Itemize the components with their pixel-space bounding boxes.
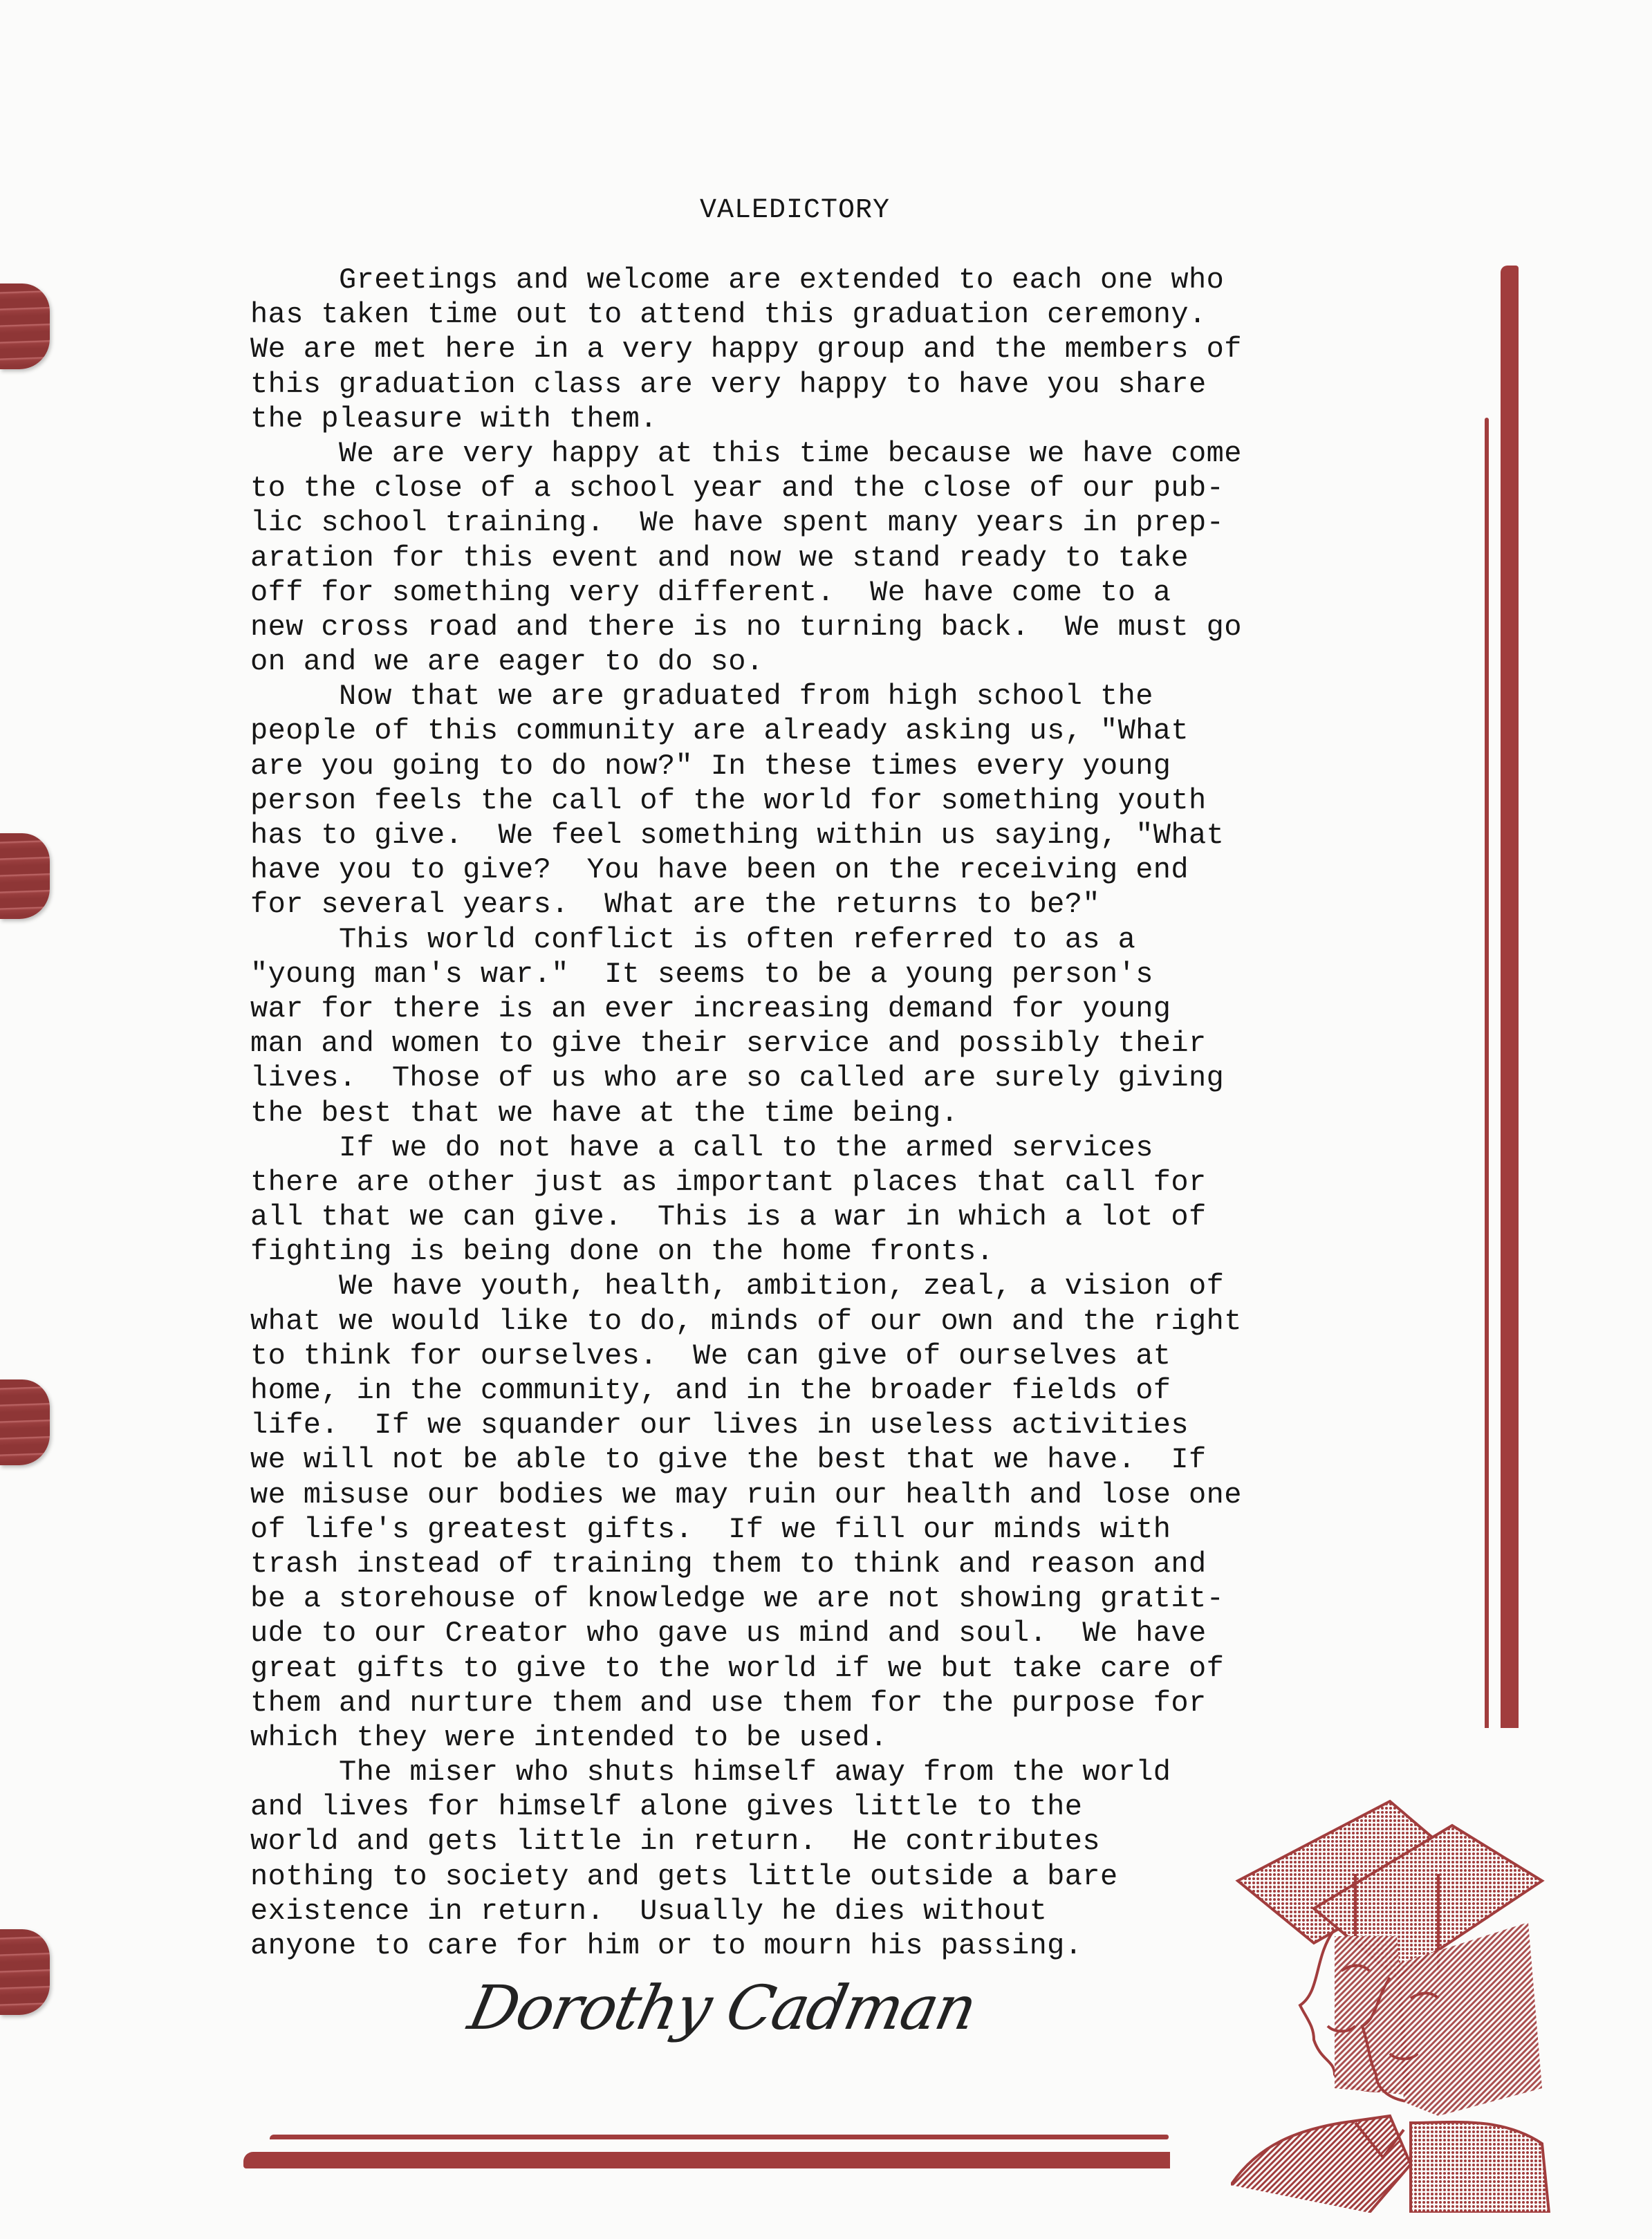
binder-ring-icon — [0, 1929, 50, 2015]
binder-ring-icon — [0, 284, 50, 369]
text-line: what we would like to do, minds of our o… — [250, 1304, 1440, 1339]
text-line: the pleasure with them. — [250, 402, 1440, 436]
binder-ring-icon — [0, 1379, 50, 1465]
decorative-rule-right-thin — [1485, 418, 1489, 1728]
text-line: "young man's war." It seems to be a youn… — [250, 957, 1440, 992]
page-title: VALEDICTORY — [0, 195, 1621, 226]
text-line: to the close of a school year and the cl… — [250, 471, 1440, 505]
text-line: are you going to do now?" In these times… — [250, 749, 1440, 783]
text-line: The miser who shuts himself away from th… — [250, 1755, 1440, 1790]
text-line: ude to our Creator who gave us mind and … — [250, 1616, 1440, 1651]
text-line: war for there is an ever increasing dema… — [250, 992, 1440, 1026]
text-line: we will not be able to give the best tha… — [250, 1442, 1440, 1477]
text-line: man and women to give their service and … — [250, 1026, 1440, 1061]
decorative-rule-right-thick — [1501, 266, 1519, 1728]
graduates-in-caps-icon — [1231, 1798, 1604, 2213]
text-line: to think for ourselves. We can give of o… — [250, 1339, 1440, 1373]
text-line: them and nurture them and use them for t… — [250, 1686, 1440, 1720]
text-line: be a storehouse of knowledge we are not … — [250, 1581, 1440, 1616]
decorative-rule-bottom-thick — [243, 2152, 1170, 2168]
text-line: which they were intended to be used. — [250, 1720, 1440, 1755]
signature: Dorothy Cadman — [463, 1972, 982, 2043]
valedictory-body: Greetings and welcome are extended to ea… — [250, 263, 1440, 1963]
text-line: We are met here in a very happy group an… — [250, 332, 1440, 366]
text-line: We are very happy at this time because w… — [250, 436, 1440, 471]
text-line: aration for this event and now we stand … — [250, 541, 1440, 575]
text-line: on and we are eager to do so. — [250, 644, 1440, 679]
text-line: This world conflict is often referred to… — [250, 922, 1440, 957]
text-line: has to give. We feel something within us… — [250, 818, 1440, 853]
text-line: If we do not have a call to the armed se… — [250, 1131, 1440, 1165]
text-line: trash instead of training them to think … — [250, 1547, 1440, 1581]
text-line: for several years. What are the returns … — [250, 887, 1440, 922]
text-line: lic school training. We have spent many … — [250, 505, 1440, 540]
text-line: great gifts to give to the world if we b… — [250, 1651, 1440, 1686]
decorative-rule-bottom-thin — [270, 2135, 1169, 2139]
text-line: person feels the call of the world for s… — [250, 783, 1440, 818]
text-line: there are other just as important places… — [250, 1165, 1440, 1200]
text-line: people of this community are already ask… — [250, 714, 1440, 748]
text-line: We have youth, health, ambition, zeal, a… — [250, 1269, 1440, 1303]
text-line: fighting is being done on the home front… — [250, 1234, 1440, 1269]
text-line: this graduation class are very happy to … — [250, 367, 1440, 402]
text-line: have you to give? You have been on the r… — [250, 853, 1440, 887]
text-line: home, in the community, and in the broad… — [250, 1373, 1440, 1408]
text-line: Greetings and welcome are extended to ea… — [250, 263, 1440, 297]
text-line: has taken time out to attend this gradua… — [250, 297, 1440, 332]
text-line: all that we can give. This is a war in w… — [250, 1200, 1440, 1234]
text-line: lives. Those of us who are so called are… — [250, 1061, 1440, 1095]
text-line: off for something very different. We hav… — [250, 575, 1440, 610]
text-line: Now that we are graduated from high scho… — [250, 679, 1440, 714]
text-line: new cross road and there is no turning b… — [250, 610, 1440, 644]
text-line: life. If we squander our lives in useles… — [250, 1408, 1440, 1442]
text-line: of life's greatest gifts. If we fill our… — [250, 1512, 1440, 1547]
text-line: we misuse our bodies we may ruin our hea… — [250, 1478, 1440, 1512]
binder-ring-icon — [0, 833, 50, 919]
text-line: the best that we have at the time being. — [250, 1096, 1440, 1131]
